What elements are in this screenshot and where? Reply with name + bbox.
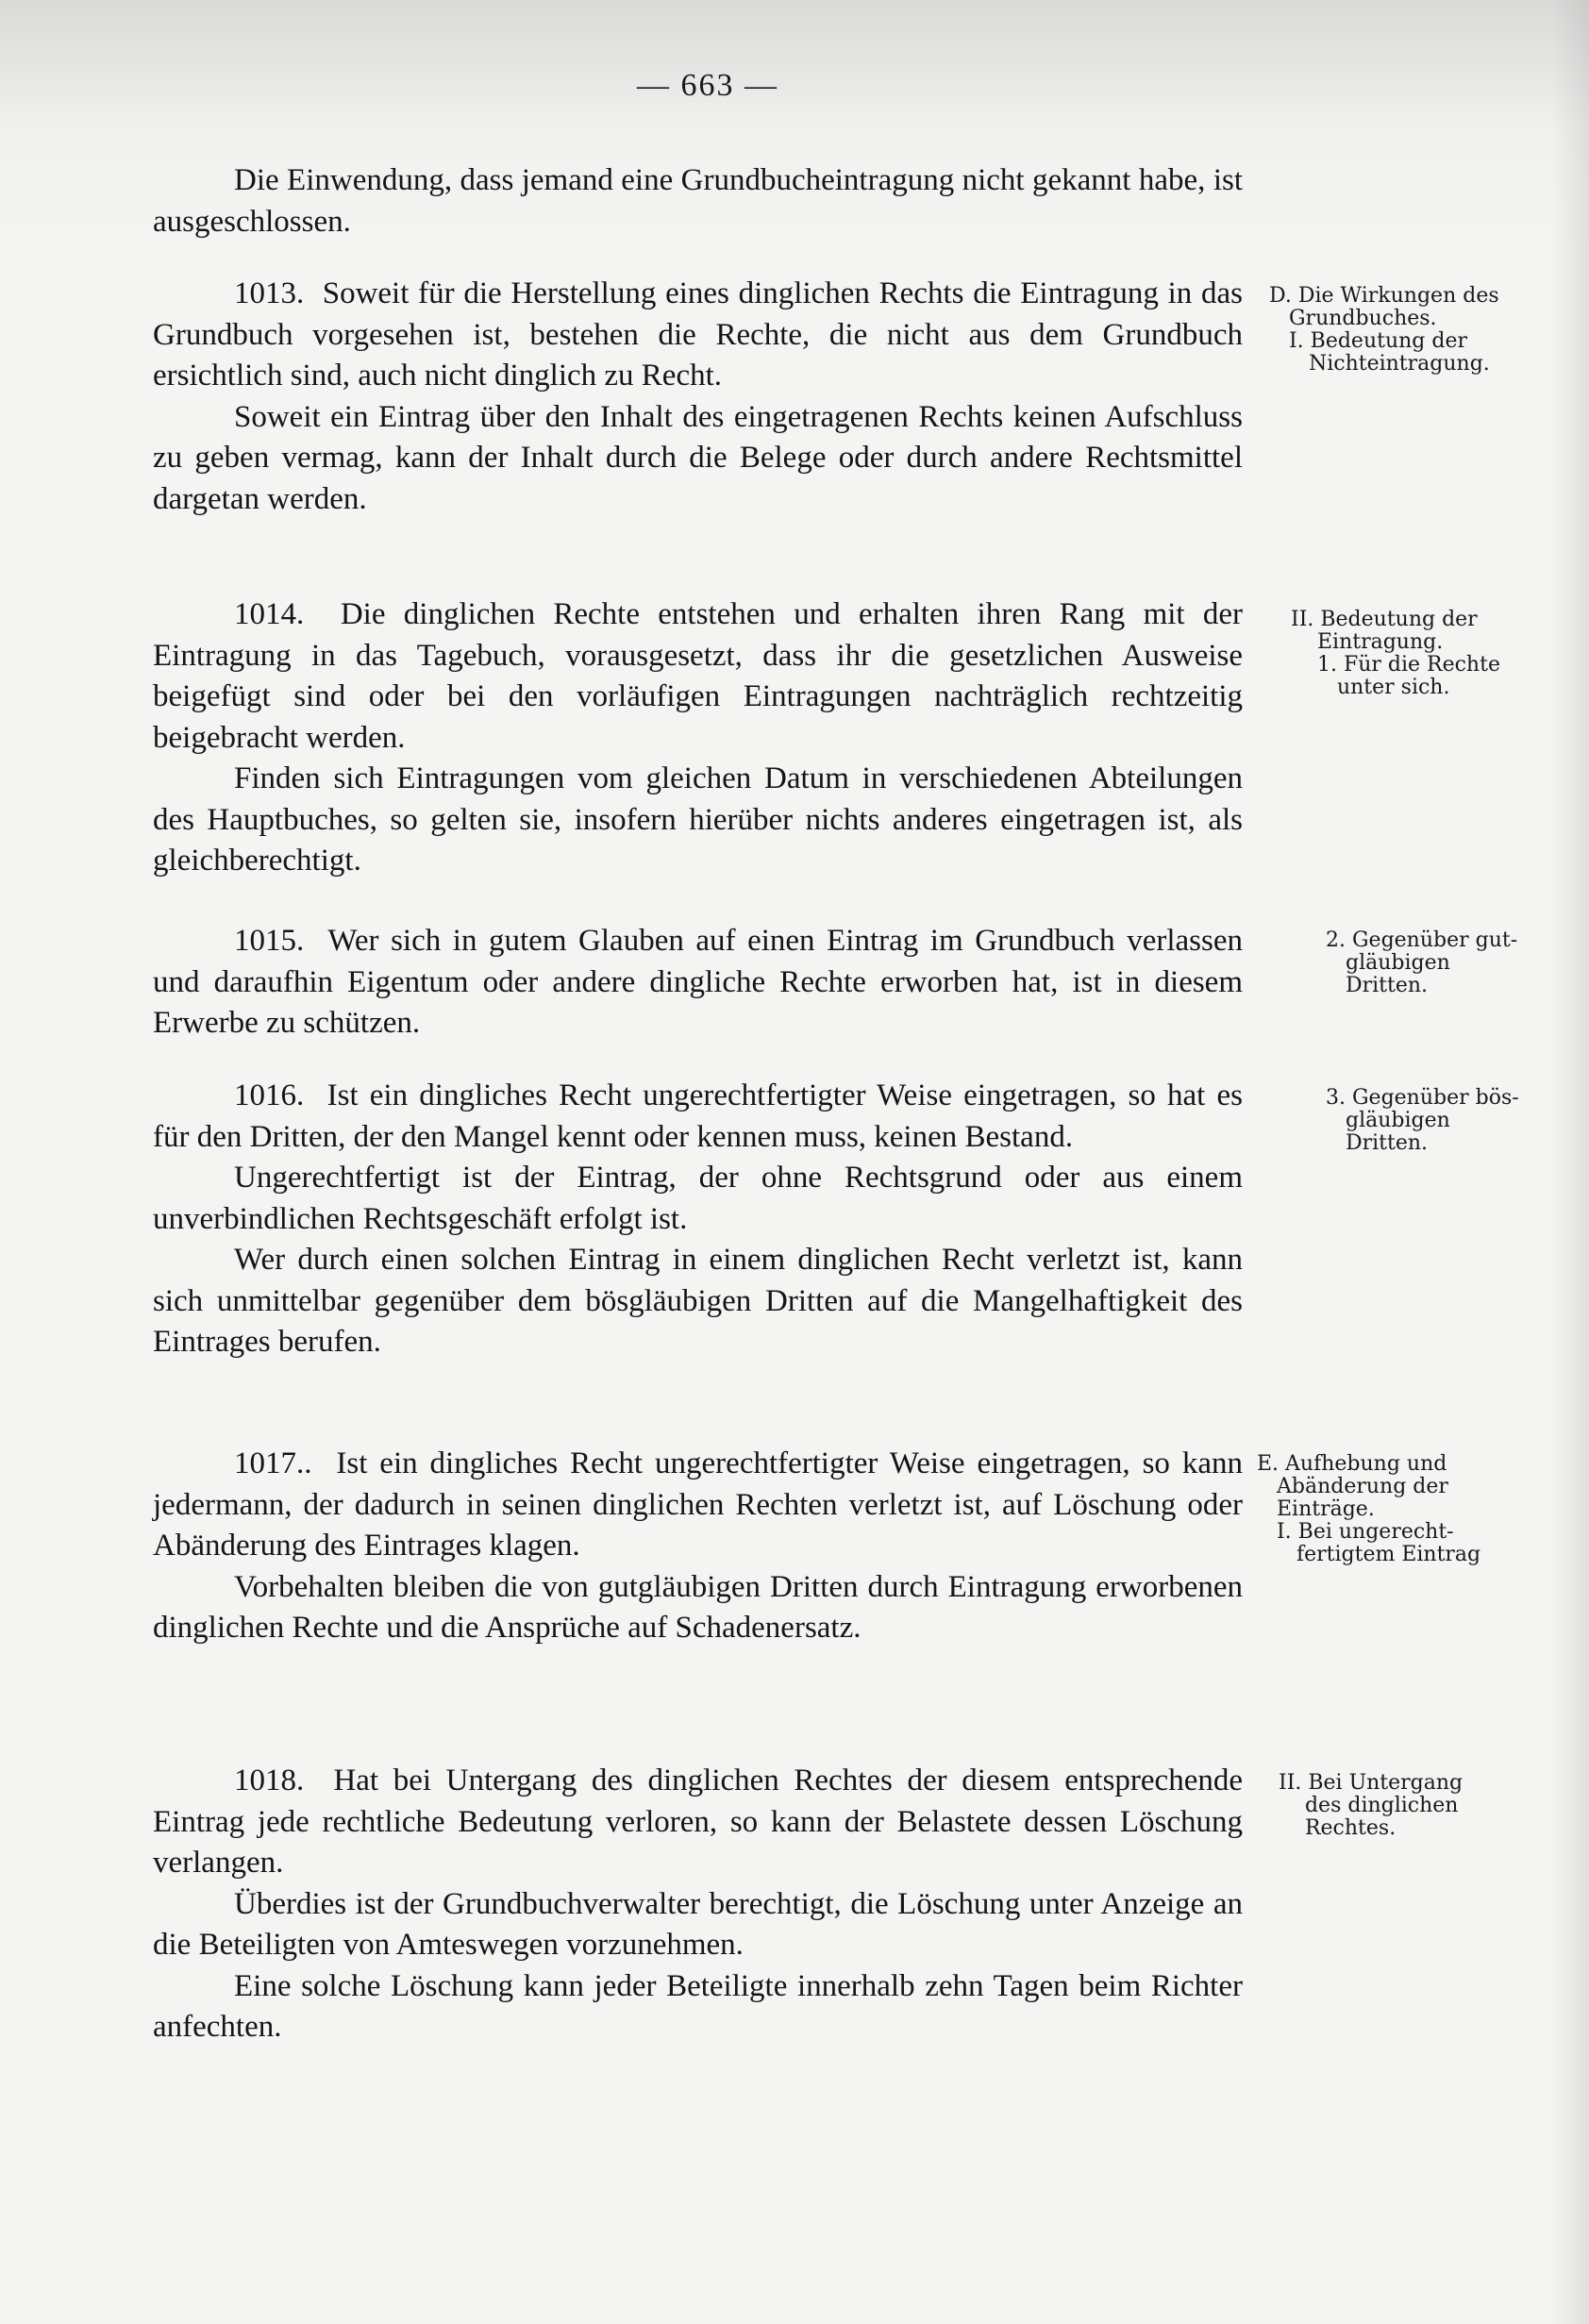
article-number: 1015. bbox=[234, 924, 304, 958]
margin-note-untergang: II. Bei Untergang des dinglichen Rechtes… bbox=[1279, 1772, 1463, 1840]
margin-note-wirkungen: D. Die Wirkungen des Grundbuches. I. Bed… bbox=[1269, 285, 1499, 376]
paragraph-text: Hat bei Untergang des dinglichen Rechtes… bbox=[153, 1764, 1243, 1880]
article-number: 1016. bbox=[234, 1078, 304, 1112]
margin-note-boesglaeubige: 3. Gegenüber bös- gläubigen Dritten. bbox=[1326, 1087, 1519, 1155]
paragraph-text: Ist ein dingliches Recht ungerechtfertig… bbox=[153, 1446, 1243, 1563]
page-number: — 663 — bbox=[0, 68, 1415, 104]
article-1015: 1015. Wer sich in gutem Glauben auf eine… bbox=[153, 921, 1243, 1045]
article-1013: 1013. Soweit für die Herstellung eines d… bbox=[153, 274, 1243, 520]
paragraph: 1017.. Ist ein dingliches Recht ungerech… bbox=[153, 1444, 1243, 1567]
margin-note-aufhebung: E. Aufhebung und Abänderung der Einträge… bbox=[1257, 1453, 1480, 1566]
paragraph: Soweit ein Eintrag über den Inhalt des e… bbox=[153, 397, 1243, 521]
margin-note-bedeutung-eintragung: II. Bedeutung der Eintragung. 1. Für die… bbox=[1291, 609, 1500, 699]
article-number: 1018. bbox=[234, 1764, 304, 1797]
paragraph-text: Soweit für die Herstellung eines dinglic… bbox=[153, 276, 1243, 393]
paragraph-text: Die Einwendung, dass jemand eine Grundbu… bbox=[153, 160, 1243, 242]
paragraph-text: Die dinglichen Rechte entstehen und erha… bbox=[153, 597, 1243, 755]
paragraph: 1014. Die dinglichen Rechte entstehen un… bbox=[153, 594, 1243, 759]
paragraph: Eine solche Löschung kann jeder Beteilig… bbox=[153, 1966, 1243, 2048]
article-number: 1014. bbox=[234, 597, 304, 631]
paragraph: Finden sich Eintragungen vom gleichen Da… bbox=[153, 759, 1243, 882]
paragraph: Vorbehalten bleiben die von gutgläubigen… bbox=[153, 1567, 1243, 1649]
article-number: 1013. bbox=[234, 276, 304, 310]
article-1016: 1016. Ist ein dingliches Recht ungerecht… bbox=[153, 1076, 1243, 1363]
article-number: 1017.. bbox=[234, 1446, 312, 1480]
paragraph: 1015. Wer sich in gutem Glauben auf eine… bbox=[153, 921, 1243, 1045]
paragraph: 1013. Soweit für die Herstellung eines d… bbox=[153, 274, 1243, 397]
paragraph: 1018. Hat bei Untergang des dinglichen R… bbox=[153, 1761, 1243, 1884]
paragraph: Ungerechtfertigt ist der Eintrag, der oh… bbox=[153, 1158, 1243, 1240]
paragraph: Wer durch einen solchen Eintrag in einem… bbox=[153, 1240, 1243, 1363]
paragraph-text: Ist ein dingliches Recht ungerechtfertig… bbox=[153, 1078, 1243, 1154]
article-1018: 1018. Hat bei Untergang des dinglichen R… bbox=[153, 1761, 1243, 2048]
article-1017: 1017.. Ist ein dingliches Recht ungerech… bbox=[153, 1444, 1243, 1649]
article-1014: 1014. Die dinglichen Rechte entstehen un… bbox=[153, 594, 1243, 882]
paragraph-intro: Die Einwendung, dass jemand eine Grundbu… bbox=[153, 160, 1243, 242]
paragraph: Überdies ist der Grundbuchverwalter bere… bbox=[153, 1884, 1243, 1966]
margin-note-gutglaeubige: 2. Gegenüber gut- gläubigen Dritten. bbox=[1326, 929, 1517, 997]
paragraph: 1016. Ist ein dingliches Recht ungerecht… bbox=[153, 1076, 1243, 1158]
paragraph-text: Wer sich in gutem Glauben auf einen Eint… bbox=[153, 924, 1243, 1040]
